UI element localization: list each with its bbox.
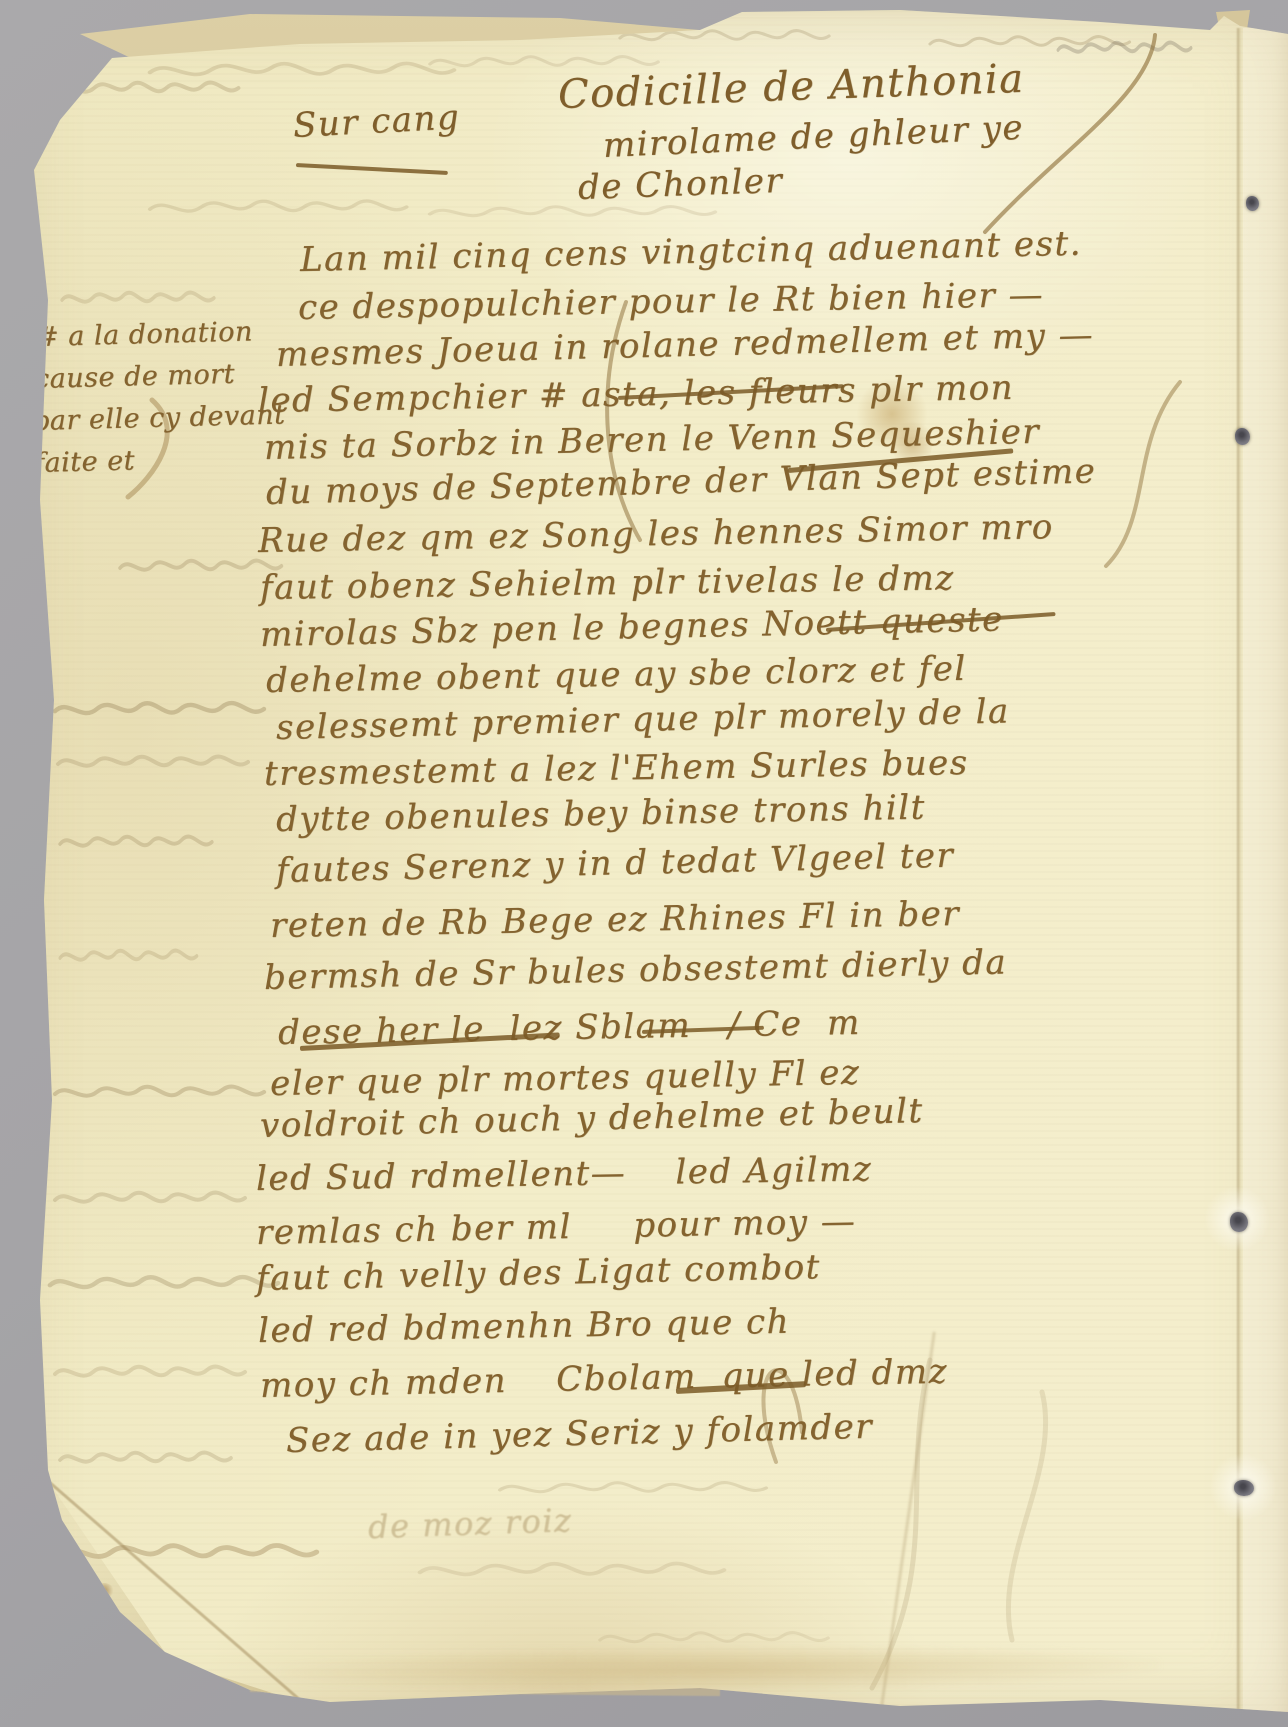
manuscript-line: tresmestemt a lez l'Ehem Surles bues: [264, 743, 969, 794]
manuscript-line: bermsh de Sr bules obsestemt dierly da: [264, 942, 1008, 998]
margin-note-line: par elle cy devant: [32, 399, 286, 437]
margin-note-line: # a la donation: [36, 316, 254, 353]
title-line: Codicille de Anthonia: [557, 56, 1025, 118]
manuscript-line: reten de Rb Bege ez Rhines Fl in ber: [270, 894, 961, 946]
edge-soiling: [280, 1642, 1160, 1696]
manuscript-scan: Codicille de Anthonia mirolame de ghleur…: [0, 0, 1288, 1727]
manuscript-line: Lan mil cinq cens vingtcinq aduenant est…: [300, 224, 1083, 280]
faded-footer-scribble: de moz roiz: [367, 1501, 573, 1546]
margin-note-line: faite et: [34, 445, 136, 479]
stitch-hole: [1235, 428, 1250, 445]
manuscript-line: moy ch mden Cbolam que led dmz: [260, 1352, 949, 1406]
manuscript-line: Sez ade in yez Seriz y folamder: [286, 1407, 874, 1461]
manuscript-line: fautes Serenz y in d tedat Vlgeel ter: [276, 836, 955, 891]
margin-note-line: cause de mort: [34, 359, 236, 395]
manuscript-line: led red bdmenhn Bro que ch: [258, 1302, 791, 1351]
stitch-hole: [1234, 1480, 1254, 1496]
side-mark: Sur cang: [292, 97, 461, 146]
manuscript-line: selessemt premier que plr morely de la: [276, 691, 1011, 748]
manuscript-line: led Sud rdmellent— led Agilmz: [256, 1149, 873, 1199]
manuscript-line: faut ch velly des Ligat combot: [256, 1247, 822, 1299]
manuscript-line: dytte obenules bey binse trons hilt: [276, 788, 926, 840]
manuscript-page: Codicille de Anthonia mirolame de ghleur…: [0, 0, 1288, 1727]
stitch-hole: [1246, 196, 1259, 211]
title-line: de Chonler: [577, 161, 784, 208]
manuscript-line: remlas ch ber ml pour moy —: [256, 1201, 857, 1253]
stitch-hole: [1230, 1212, 1248, 1232]
folded-corner-crease: [38, 1472, 300, 1700]
manuscript-line: faut obenz Sehielm plr tivelas le dmz: [260, 558, 955, 608]
manuscript-line: dehelme obent que ay sbe clorz et fel: [266, 649, 967, 701]
title-line: mirolame de ghleur ye: [602, 108, 1025, 166]
manuscript-line: Rue dez qm ez Song les hennes Simor mro: [258, 507, 1054, 561]
side-mark-flourish: [296, 163, 448, 175]
ink-spot: [94, 1583, 114, 1598]
